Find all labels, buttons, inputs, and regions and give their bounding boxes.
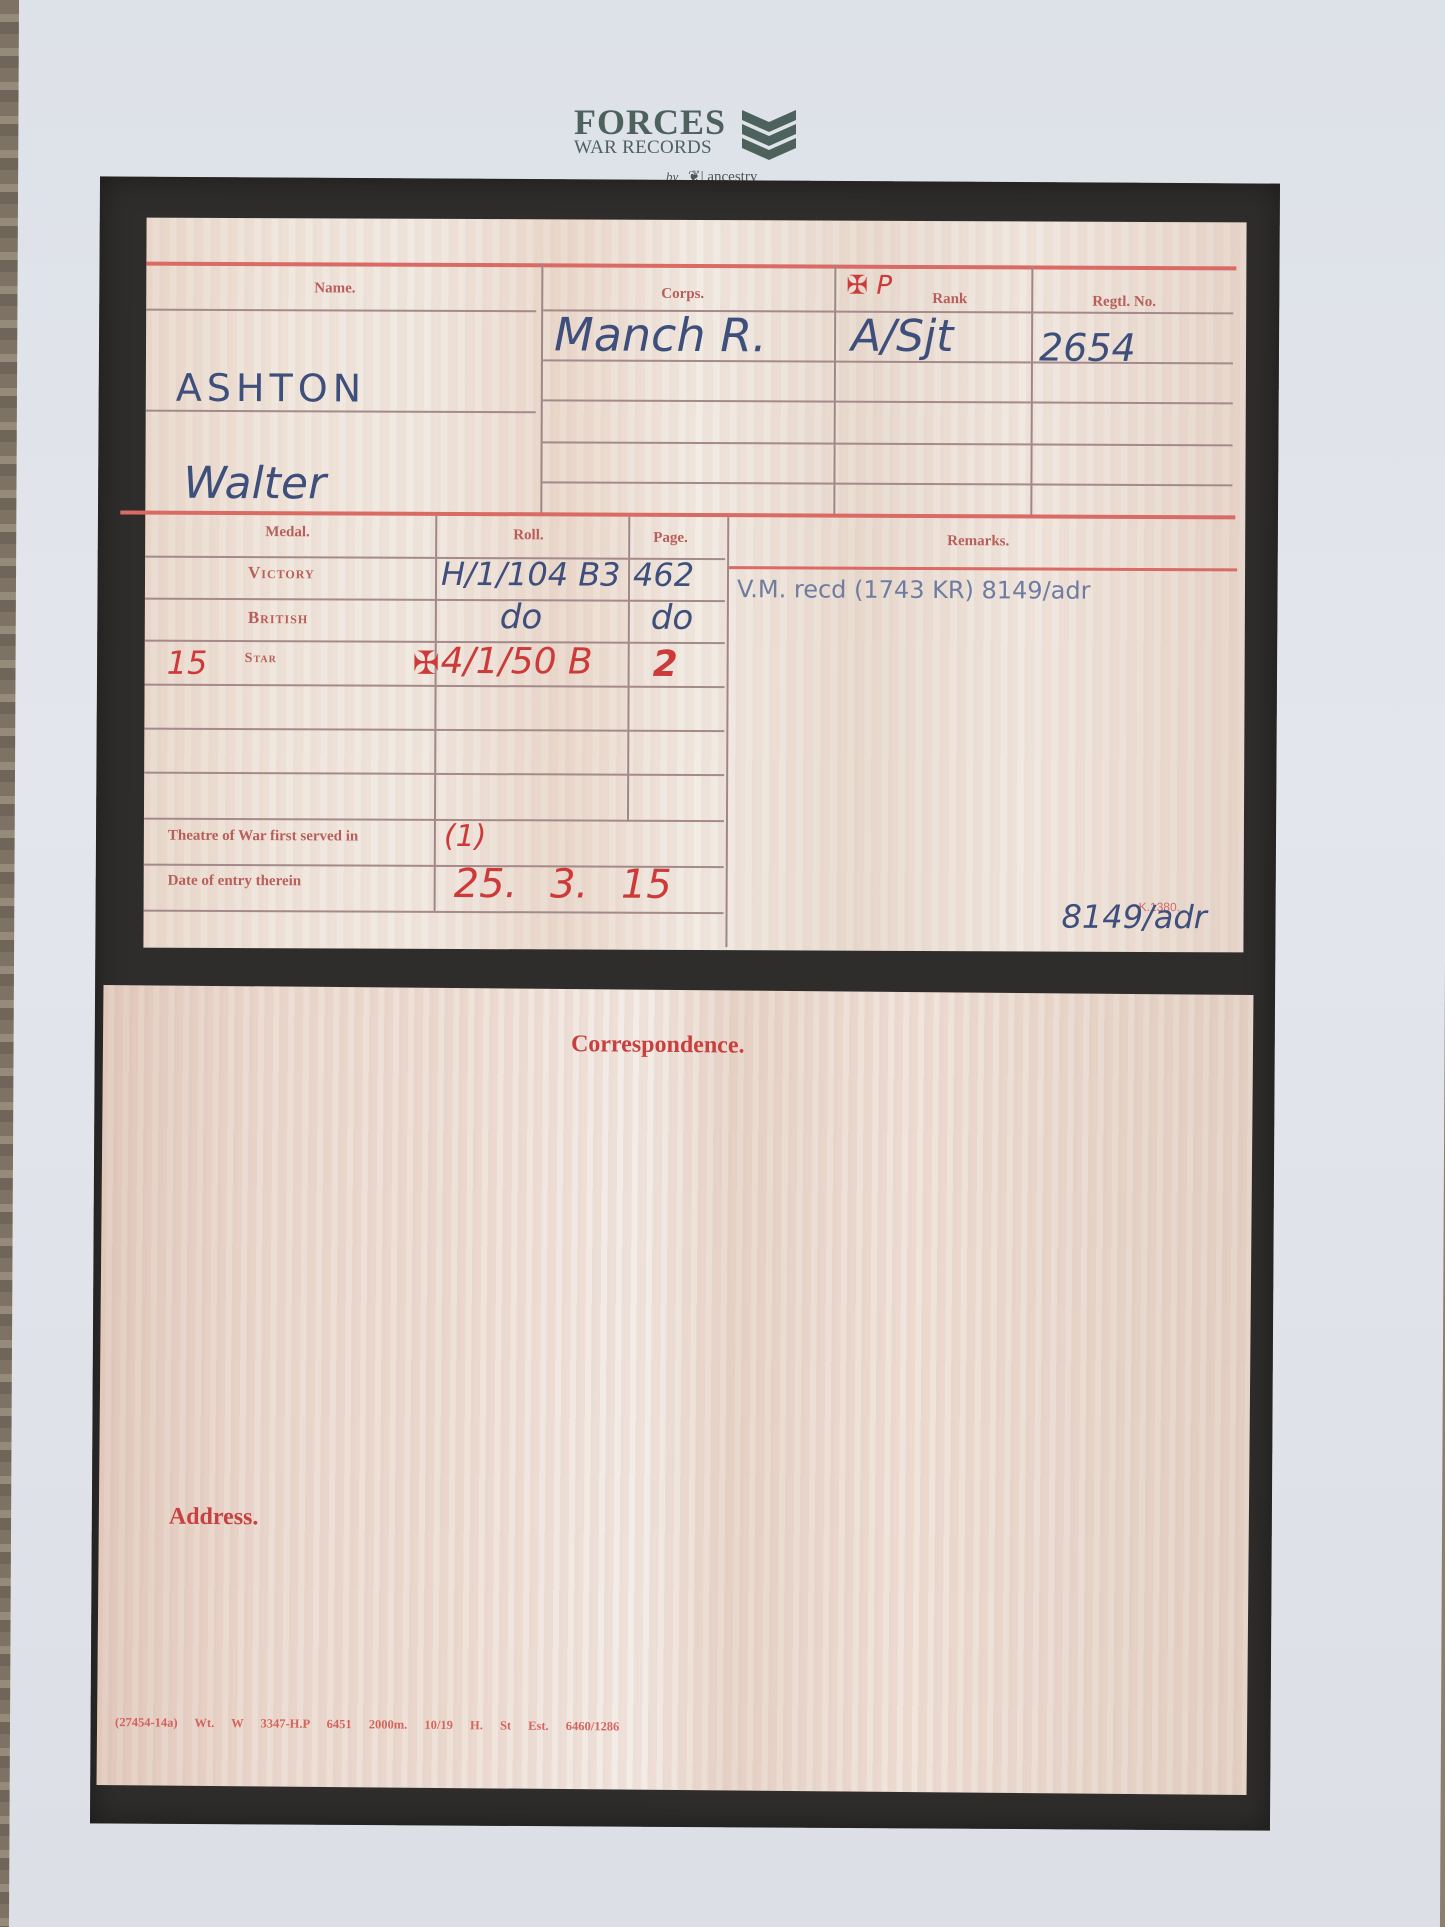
footer-reference: 8149/adr: [1061, 898, 1206, 937]
medal-index-card: Name. Corps. Rank Regtl. No. ✠ P ASHTON …: [143, 218, 1246, 953]
top-rule: [146, 262, 1236, 271]
medal-header: Medal.: [265, 524, 310, 541]
divider-remarks: [725, 517, 729, 947]
logo-forces-text: FORCES: [574, 104, 726, 140]
roll-value: H/1/104 B3: [441, 555, 621, 594]
divider-regt: [1030, 265, 1033, 515]
name-underline: [146, 309, 536, 313]
row-line-2: [543, 399, 1233, 404]
medal-label: Star: [245, 651, 277, 667]
divider-page: [627, 517, 630, 822]
address-label: Address.: [169, 1504, 259, 1532]
forces-war-records-logo: FORCES WAR RECORDS by ❦| ancestry: [574, 104, 804, 188]
date-value: 25. 3. 15: [454, 861, 672, 908]
corps-value: Manch R.: [554, 307, 767, 362]
medal-label: British: [248, 608, 308, 628]
roll-value: 4/1/50 B: [441, 641, 593, 683]
page-value: do: [651, 598, 694, 638]
theatre-value: (1): [444, 819, 487, 854]
divider-corps: [540, 263, 543, 513]
row-line-4: [542, 481, 1232, 486]
page-header: Page.: [653, 530, 688, 547]
row-line-3: [543, 441, 1233, 446]
middle-rule: [120, 510, 1235, 519]
date-line: [144, 910, 724, 915]
correspondence-title: Correspondence.: [571, 1031, 745, 1060]
regt-no-value: 2654: [1039, 325, 1136, 369]
remarks-header: Remarks.: [947, 533, 1009, 550]
chevron-stripes-icon: [740, 108, 798, 160]
star-prefix: 15: [167, 644, 208, 682]
roll-value: do: [500, 597, 543, 637]
correspondence-card: Correspondence. Address. (27454-14a) Wt.…: [97, 985, 1254, 1795]
surname: ASHTON: [176, 366, 366, 411]
remarks-rule: [729, 566, 1237, 571]
divider-roll: [434, 516, 438, 911]
rank-annotation: ✠ P: [846, 271, 892, 301]
divider-rank: [833, 265, 836, 515]
theatre-label: Theatre of War first served in: [168, 828, 358, 846]
name-header: Name.: [314, 280, 355, 297]
corps-header: Corps.: [661, 286, 704, 303]
date-label: Date of entry therein: [168, 873, 302, 891]
page-value: 2: [653, 644, 678, 685]
roll-header: Roll.: [513, 527, 543, 544]
forename: Walter: [183, 458, 326, 510]
rank-value: A/Sjt: [851, 311, 954, 362]
medal-label: Victory: [248, 563, 315, 583]
roll-mark: ✠: [413, 644, 440, 682]
rank-header: Rank: [932, 291, 967, 308]
regt-no-header: Regtl. No.: [1092, 294, 1156, 311]
printer-imprint: (27454-14a) Wt. W 3347-H.P 6451 2000m. 1…: [115, 1715, 619, 1734]
logo-war-records-text: WAR RECORDS: [574, 138, 712, 158]
remarks-value: V.M. recd (1743 KR) 8149/adr: [737, 575, 1091, 605]
page-value: 462: [633, 556, 694, 594]
